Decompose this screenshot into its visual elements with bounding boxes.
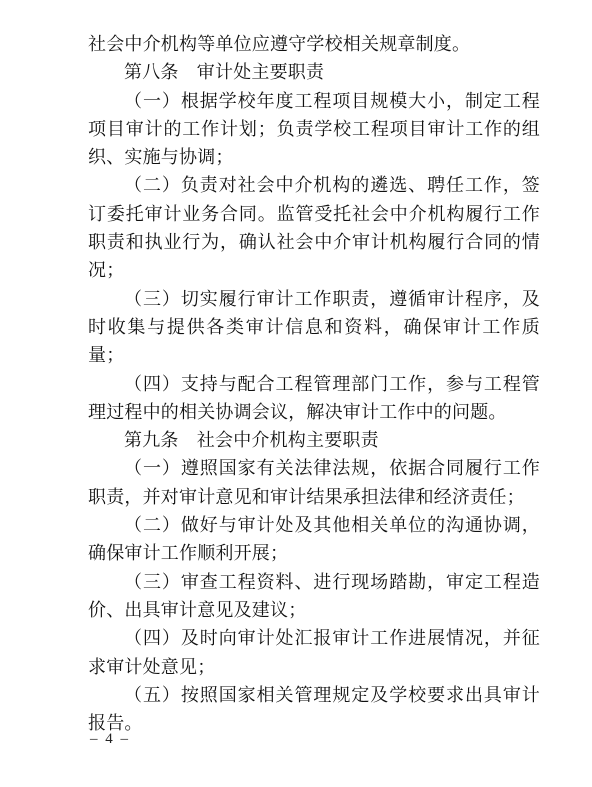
page-number: – 4 – bbox=[90, 731, 130, 748]
list-item-9: （五）按照国家相关管理规定及学校要求出具审计报告。 bbox=[88, 681, 540, 738]
text-body: 社会中介机构等单位应遵守学校相关规章制度。 第八条 审计处主要职责 （一）根据学… bbox=[88, 30, 540, 737]
list-item-3: （三）切实履行审计工作职责，遵循审计程序，及时收集与提供各类审计信息和资料，确保… bbox=[88, 285, 540, 370]
list-item-5: （一）遵照国家有关法律法规，依据合同履行工作职责，并对审计意见和审计结果承担法律… bbox=[88, 454, 540, 511]
list-item-8: （四）及时向审计处汇报审计工作进展情况，并征求审计处意见； bbox=[88, 624, 540, 681]
list-item-2: （二）负责对社会中介机构的遴选、聘任工作，签订委托审计业务合同。监管受托社会中介… bbox=[88, 171, 540, 284]
list-item-7: （三）审查工程资料、进行现场踏勘，审定工程造价、出具审计意见及建议； bbox=[88, 568, 540, 625]
paragraph-continuation: 社会中介机构等单位应遵守学校相关规章制度。 bbox=[88, 30, 540, 58]
section-heading-article-9: 第九条 社会中介机构主要职责 bbox=[88, 426, 540, 454]
list-item-1: （一）根据学校年度工程项目规模大小，制定工程项目审计的工作计划；负责学校工程项目… bbox=[88, 87, 540, 172]
section-heading-article-8: 第八条 审计处主要职责 bbox=[88, 58, 540, 86]
list-item-4: （四）支持与配合工程管理部门工作，参与工程管理过程中的相关协调会议，解决审计工作… bbox=[88, 370, 540, 427]
list-item-6: （二）做好与审计处及其他相关单位的沟通协调，确保审计工作顺利开展； bbox=[88, 511, 540, 568]
document-page: 社会中介机构等单位应遵守学校相关规章制度。 第八条 审计处主要职责 （一）根据学… bbox=[0, 0, 592, 787]
